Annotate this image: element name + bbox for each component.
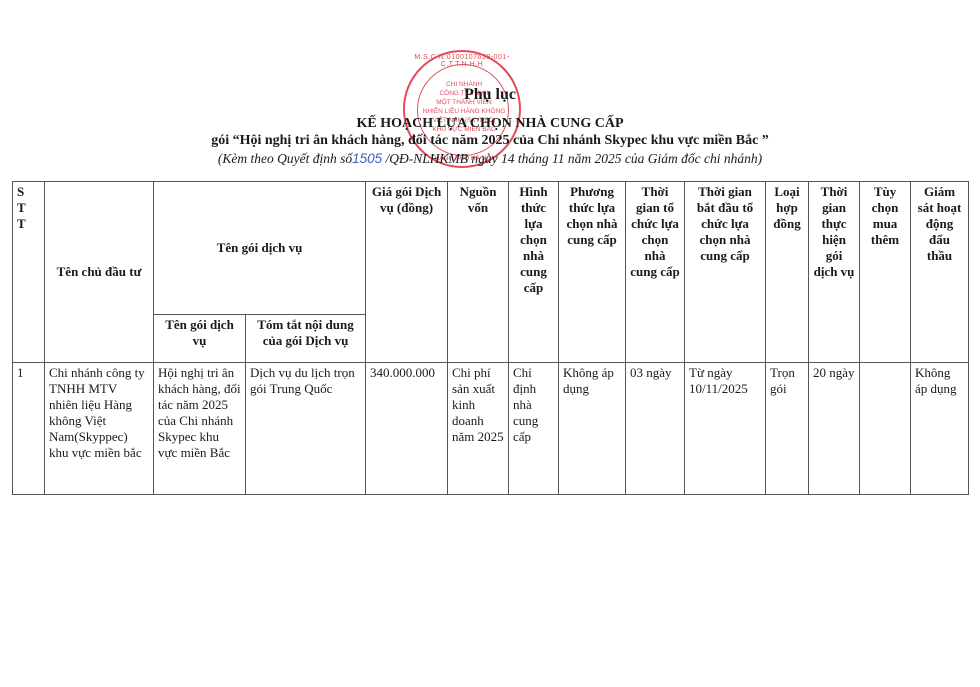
cell-selection-duration: 03 ngày <box>626 363 685 495</box>
cell-execution-time: 20 ngày <box>809 363 860 495</box>
header-selection-method: Phương thức lựa chọn nhà cung cấp <box>559 182 626 363</box>
header-contract-type: Loại hợp đồng <box>766 182 809 363</box>
cell-selection-form: Chỉ định nhà cung cấp <box>509 363 559 495</box>
supplier-selection-plan-table: S T T Tên chủ đầu tư Tên gói dịch vụ Giá… <box>12 181 969 495</box>
header-selection-duration: Thời gian tổ chức lựa chọn nhà cung cấp <box>626 182 685 363</box>
cell-package-name: Hội nghị tri ân khách hàng, đối tác năm … <box>154 363 246 495</box>
document-subtitle: gói “Hội nghị tri ân khách hàng, đối tác… <box>0 133 980 149</box>
cell-stt: 1 <box>13 363 45 495</box>
header-price: Giá gói Dịch vụ (đồng) <box>366 182 448 363</box>
cell-selection-method: Không áp dụng <box>559 363 626 495</box>
header-bidding-supervision: Giám sát hoạt động đấu thầu <box>911 182 969 363</box>
table-row: 1 Chi nhánh công ty TNHH MTV nhiên liệu … <box>13 363 969 495</box>
header-investor: Tên chủ đầu tư <box>45 182 154 363</box>
appendix-label: Phụ lục <box>0 86 980 104</box>
cell-fund-source: Chi phí sản xuất kinh doanh năm 2025 <box>448 363 509 495</box>
cell-selection-start: Từ ngày 10/11/2025 <box>685 363 766 495</box>
header-stt: S T T <box>13 182 45 363</box>
cell-bidding-supervision: Không áp dụng <box>911 363 969 495</box>
header-fund-source: Nguồn vốn <box>448 182 509 363</box>
header-package-name: Tên gói dịch vụ <box>154 315 246 363</box>
table-header-row: S T T Tên chủ đầu tư Tên gói dịch vụ Giá… <box>13 182 969 315</box>
handwritten-decision-number: 1505 <box>352 151 382 166</box>
seal-line: NHIÊN LIỆU HÀNG KHÔNG <box>417 107 511 116</box>
cell-investor: Chi nhánh công ty TNHH MTV nhiên liệu Hà… <box>45 363 154 495</box>
header-purchase-option: Tùy chọn mua thêm <box>860 182 911 363</box>
header-package-group: Tên gói dịch vụ <box>154 182 366 315</box>
cell-price: 340.000.000 <box>366 363 448 495</box>
cell-purchase-option <box>860 363 911 495</box>
cell-package-summary: Dịch vụ du lịch trọn gói Trung Quốc <box>246 363 366 495</box>
header-execution-time: Thời gian thực hiện gói dịch vụ <box>809 182 860 363</box>
header-package-summary: Tóm tắt nội dung của gói Dịch vụ <box>246 315 366 363</box>
header-selection-start: Thời gian bắt đầu tổ chức lựa chọn nhà c… <box>685 182 766 363</box>
ref-suffix: /QĐ-NLHKMB ngày 14 tháng 11 năm 2025 của… <box>386 151 763 166</box>
document-title: KẾ HOẠCH LỰA CHỌN NHÀ CUNG CẤP <box>0 116 980 132</box>
cell-contract-type: Trọn gói <box>766 363 809 495</box>
ref-prefix: (Kèm theo Quyết định số <box>218 151 352 166</box>
header-selection-form: Hình thức lựa chọn nhà cung cấp <box>509 182 559 363</box>
decision-reference: (Kèm theo Quyết định số1505 /QĐ-NLHKMB n… <box>0 151 980 167</box>
